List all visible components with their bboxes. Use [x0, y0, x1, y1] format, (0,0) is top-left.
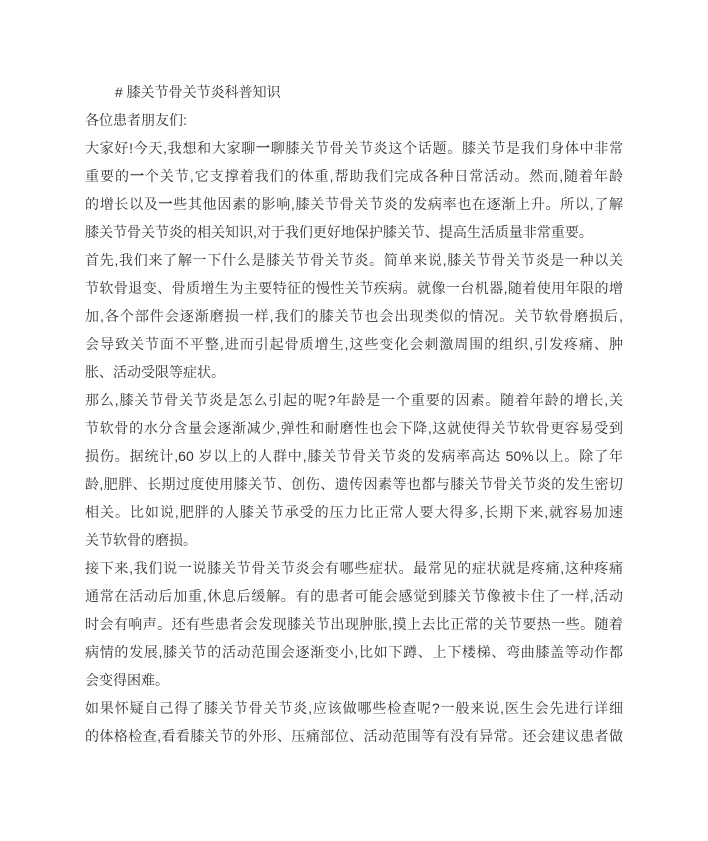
text-segment: 会导致关节面不平整,进而引起骨质增生,这些变化会刺激周围的组织,引发疼痛、肿 — [85, 336, 623, 352]
text-segment: 大家好!今天,我想和大家聊 — [85, 140, 256, 156]
text-line: 接下来,我们说一说膝关节骨关节炎会有哪些症状。最常见的症状就是疼痛,这种疼痛 — [85, 554, 623, 582]
text-segment: 时会有响声。还有些患者会发现膝关节出现肿胀,摸上去比正常的关节要热一些。随着 — [85, 616, 623, 632]
text-line: 会导致关节面不平整,进而引起骨质增生,这些变化会刺激周围的组织,引发疼痛、肿 — [85, 330, 623, 358]
text-line: 节软骨退变、骨质增生为主要特征的慢性关节疾病。就像一台机器,随着使用年限的增 — [85, 274, 623, 302]
text-line: 那么,膝关节骨关节炎是怎么引起的呢?年龄是一个重要的因素。随着年龄的增长,关 — [85, 386, 623, 414]
text-segment: 膝关节骨关节炎的相关知识,对于我们更好地保护膝关节、提高生活质量非常重要。 — [85, 224, 593, 240]
text-segment: 病情的发展,膝关节的活动范围会逐渐变小,比如下蹲、上下楼梯、弯曲膝盖等动作都 — [85, 644, 623, 660]
text-segment: 接下来,我们说一说膝关节骨关节炎会有哪些症状。最常见的症状就是疼痛,这种疼痛 — [85, 560, 623, 576]
text-segment: 龄,肥胖、长期过度使用膝关节、创伤、遗传因素等也都与膝关节骨关节炎的发生密切 — [85, 476, 623, 492]
text-segment: 节软骨的水分含量会逐渐减少,弹性和耐磨性也会下降,这就使得关节软骨更容易受到 — [85, 420, 623, 436]
text-segment: 些其他因素的影响,膝关节骨关节炎的发病率也在逐渐上升。所以,了解 — [173, 196, 623, 212]
text-line: 会变得困难。 — [85, 666, 623, 694]
bold-text-segment: 一 — [159, 196, 174, 212]
text-segment: 通常在活动后加重,休息后缓解。有的患者可能会感觉到膝关节像被卡住了一样,活动 — [85, 588, 623, 604]
text-segment: 各位患者朋友们: — [85, 112, 187, 128]
text-segment: 如果怀疑自己得了膝关节骨关节炎,应该做哪些检查呢?一般来说,医生会先进行详细 — [85, 700, 623, 716]
bold-text-segment: 一 — [256, 140, 271, 156]
text-line: 重要的一个关节,它支撑着我们的体重,帮助我们完成各种日常活动。然而,随着年龄 — [85, 162, 623, 190]
text-line: 胀、活动受限等症状。 — [85, 358, 623, 386]
text-line: 膝关节骨关节炎的相关知识,对于我们更好地保护膝关节、提高生活质量非常重要。 — [85, 218, 623, 246]
text-segment: 会变得困难。 — [85, 672, 169, 688]
text-segment: 加,各个部件会逐渐磨损一样,我们的膝关节也会出现类似的情况。关节软骨磨损后, — [85, 308, 623, 324]
text-segment: 的增长以及 — [85, 196, 159, 212]
document-page: { "page": { "background": "#ffffff", "te… — [0, 0, 708, 841]
text-line: 大家好!今天,我想和大家聊一聊膝关节骨关节炎这个话题。膝关节是我们身体中非常 — [85, 134, 623, 162]
text-segment: 那么,膝关节骨关节炎是怎么引起的呢?年龄是一个重要的因素。随着年龄的增长,关 — [85, 392, 623, 408]
text-segment: 首先,我们来了解一下什么是膝关节骨关节炎。简单来说,膝关节骨关节炎是一种以关 — [85, 252, 623, 268]
text-line: 通常在活动后加重,休息后缓解。有的患者可能会感觉到膝关节像被卡住了一样,活动 — [85, 582, 623, 610]
text-line: 损伤。据统计,60 岁以上的人群中,膝关节骨关节炎的发病率高达 50%以上。除了… — [85, 442, 623, 470]
bold-text-segment: 一 — [130, 168, 145, 184]
text-segment: 重要的 — [85, 168, 130, 184]
text-line: 节软骨的水分含量会逐渐减少,弹性和耐磨性也会下降,这就使得关节软骨更容易受到 — [85, 414, 623, 442]
text-line: 龄,肥胖、长期过度使用膝关节、创伤、遗传因素等也都与膝关节骨关节炎的发生密切 — [85, 470, 623, 498]
text-line: 的增长以及一些其他因素的影响,膝关节骨关节炎的发病率也在逐渐上升。所以,了解 — [85, 190, 623, 218]
text-segment: 的体格检查,看看膝关节的外形、压痛部位、活动范围等有没有异常。还会建议患者做 — [85, 728, 623, 744]
text-segment: 聊膝关节骨关节炎这个话题。膝关节是我们身体中非常 — [271, 140, 623, 156]
text-line: 加,各个部件会逐渐磨损一样,我们的膝关节也会出现类似的情况。关节软骨磨损后, — [85, 302, 623, 330]
document-lines: # 膝关节骨关节炎科普知识各位患者朋友们:大家好!今天,我想和大家聊一聊膝关节骨… — [85, 78, 623, 750]
text-segment: # 膝关节骨关节炎科普知识 — [115, 84, 281, 100]
text-segment: 个关节,它支撑着我们的体重,帮助我们完成各种日常活动。然而,随着年龄 — [145, 168, 623, 184]
text-line: 的体格检查,看看膝关节的外形、压痛部位、活动范围等有没有异常。还会建议患者做 — [85, 722, 623, 750]
text-line: 如果怀疑自己得了膝关节骨关节炎,应该做哪些检查呢?一般来说,医生会先进行详细 — [85, 694, 623, 722]
text-segment: 节软骨退变、骨质增生为主要特征的慢性关节疾病。就像一台机器,随着使用年限的增 — [85, 280, 623, 296]
text-segment: 胀、活动受限等症状。 — [85, 364, 225, 380]
text-line: 首先,我们来了解一下什么是膝关节骨关节炎。简单来说,膝关节骨关节炎是一种以关 — [85, 246, 623, 274]
text-segment: 损伤。据统计,60 岁以上的人群中,膝关节骨关节炎的发病率高达 50%以上。除了… — [85, 448, 623, 464]
markdown-heading-line: # 膝关节骨关节炎科普知识 — [85, 78, 623, 106]
text-segment: 关节软骨的磨损。 — [85, 532, 197, 548]
text-line: 相关。比如说,肥胖的人膝关节承受的压力比正常人要大得多,长期下来,就容易加速 — [85, 498, 623, 526]
salutation-line: 各位患者朋友们: — [85, 106, 623, 134]
text-line: 病情的发展,膝关节的活动范围会逐渐变小,比如下蹲、上下楼梯、弯曲膝盖等动作都 — [85, 638, 623, 666]
text-line: 关节软骨的磨损。 — [85, 526, 623, 554]
text-segment: 相关。比如说,肥胖的人膝关节承受的压力比正常人要大得多,长期下来,就容易加速 — [85, 504, 623, 520]
text-line: 时会有响声。还有些患者会发现膝关节出现肿胀,摸上去比正常的关节要热一些。随着 — [85, 610, 623, 638]
document-page-surface: # 膝关节骨关节炎科普知识各位患者朋友们:大家好!今天,我想和大家聊一聊膝关节骨… — [0, 0, 708, 841]
